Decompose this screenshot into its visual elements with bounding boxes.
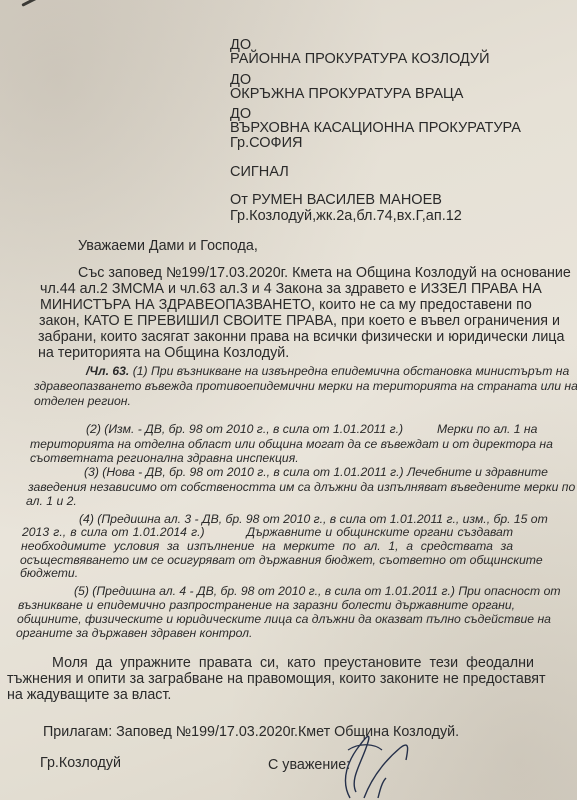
art2-line-1: (2) (Изм. - ДВ, бр. 98 от 2010 г., в сил… xyxy=(86,422,537,437)
art5-line-1: (5) (Предишна ал. 4 - ДВ, бр. 98 от 2010… xyxy=(74,584,515,599)
salutation: Уважаеми Дами и Господа, xyxy=(78,238,258,255)
art3-line-1: (3) (Нова - ДВ, бр. 98 от 2010 г., в сил… xyxy=(84,465,513,480)
recipient-2-name: ОКРЪЖНА ПРОКУРАТУРА ВРАЦА xyxy=(230,87,463,102)
art3-line-3: ал. 1 и 2. xyxy=(26,494,77,509)
sender-address: Гр.Козлодуй,жк.2а,бл.74,вх.Г,ап.12 xyxy=(230,209,462,224)
recipient-city: Гр.СОФИЯ xyxy=(230,136,302,151)
pen-stroke-mark xyxy=(21,0,54,7)
place-line: Гр.Козлодуй xyxy=(40,755,121,772)
main-line-1: Със заповед №199/17.03.2020г. Кмета на О… xyxy=(78,265,515,282)
art4-line-2: 2013 г., в сила от 1.01.2014 г.) Държавн… xyxy=(22,525,513,540)
art5-line-4: органите за държавен здравен контрол. xyxy=(16,626,252,641)
art2-line-2: територията на отделна област или община… xyxy=(30,437,513,452)
art2-line-3: съответната регионална здравна инспекция… xyxy=(30,451,299,466)
document-type-title: СИГНАЛ xyxy=(230,165,289,180)
art1-line-1: /Чл. 63. (1) При възникване на извънредн… xyxy=(86,364,569,379)
art4-line-3: необходимите условия за изпълнение на ме… xyxy=(21,539,513,554)
main-line-6: на територията на Община Козлодуй. xyxy=(38,345,289,362)
recipient-3-name: ВЪРХОВНА КАСАЦИОННА ПРОКУРАТУРА xyxy=(230,121,521,136)
request-line-1: Моля да упражните правата си, като преус… xyxy=(52,655,534,672)
main-line-3: МИНИСТЪРА НА ЗДРАВЕОПАЗВАНЕТО, които не … xyxy=(40,297,515,314)
handwritten-signature xyxy=(320,720,430,800)
art4-line-5: бюджети. xyxy=(20,566,78,581)
recipient-1-name: РАЙОННА ПРОКУРАТУРА КОЗЛОДУЙ xyxy=(230,52,490,67)
art5-line-2: възникване и епидемично разпространение … xyxy=(18,598,515,613)
request-line-3: на жадуващите за власт. xyxy=(7,687,171,704)
art5-line-3: общините, физическите и юридическите лиц… xyxy=(17,612,515,627)
main-line-4: закон, КАТО Е ПРЕВИШИЛ СВОИТЕ ПРАВА, при… xyxy=(39,313,515,330)
request-line-2: тъжнения и опити за заграбване на правом… xyxy=(7,671,534,688)
art1-line-2: здравеопазването въвежда противоепидемич… xyxy=(34,379,513,394)
art4-line-4: осъществяването им се осигуряват от държ… xyxy=(20,553,513,568)
main-line-5: забрани, които засягат законни права на … xyxy=(38,329,515,346)
article-label: /Чл. 63. xyxy=(86,364,129,378)
main-line-2: чл.44 ал.2 ЗМСМА и чл.63 ал.3 и 4 Закона… xyxy=(40,281,515,298)
sender-name: От РУМЕН ВАСИЛЕВ МАНОЕВ xyxy=(230,193,442,208)
art1-line-3: отделен регион. xyxy=(34,394,131,409)
art3-line-2: заведения независимо от собствеността им… xyxy=(28,480,513,495)
